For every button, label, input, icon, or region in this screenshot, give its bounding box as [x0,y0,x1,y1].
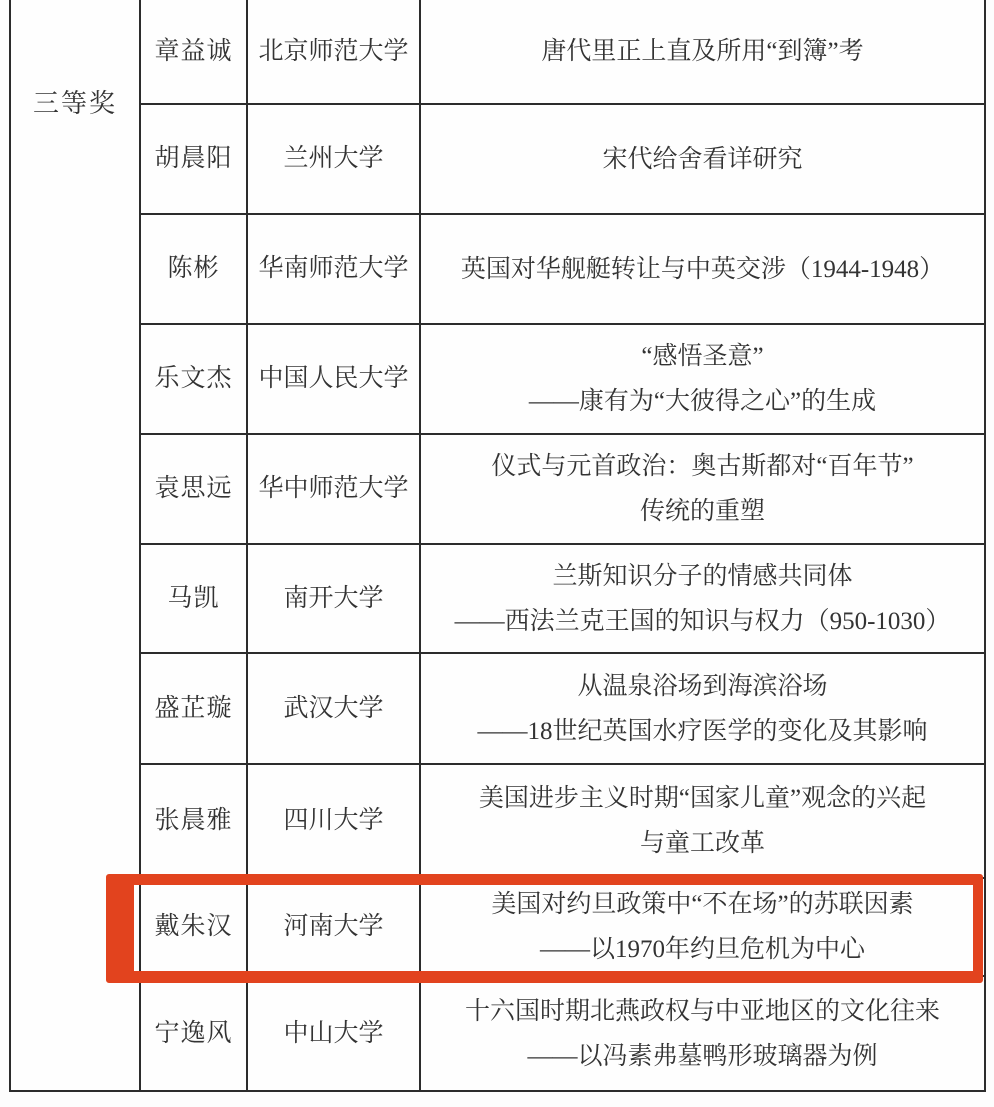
thesis-title-cell: 从温泉浴场到海滨浴场 ——18世纪英国水疗医学的变化及其影响 [419,652,984,763]
university-cell: 北京师范大学 [246,0,419,103]
winner-name: 宁逸风 [154,1017,232,1051]
thesis-title-line: 从温泉浴场到海滨浴场 [577,664,827,709]
university-cell: 华南师范大学 [246,213,419,323]
university-cell-highlighted: 河南大学 [246,877,419,975]
university-name: 中国人民大学 [258,362,408,396]
university-cell: 中国人民大学 [246,323,419,433]
winner-name: 章益诚 [154,35,232,69]
document-page: 三等奖 章益诚 北京师范大学 唐代里正上直及所用“到簿”考 胡晨阳 兰州大学 宋… [0,0,994,1107]
thesis-title-cell: 十六国时期北燕政权与中亚地区的文化往来 ——以冯素弗墓鸭形玻璃器为例 [419,975,984,1090]
university-name: 四川大学 [283,804,383,838]
thesis-title-line: ——以1970年约旦危机为中心 [540,927,865,972]
thesis-title-line: ——18世纪英国水疗医学的变化及其影响 [477,709,927,754]
winner-name: 胡晨阳 [154,142,232,176]
university-name: 兰州大学 [283,142,383,176]
name-cell: 宁逸风 [139,975,246,1090]
winner-name: 陈彬 [167,252,219,286]
university-cell: 武汉大学 [246,652,419,763]
thesis-title-cell-highlighted: 美国对约旦政策中“不在场”的苏联因素 ——以1970年约旦危机为中心 [419,877,984,975]
thesis-title-line: 美国进步主义时期“国家儿童”观念的兴起 [479,776,926,821]
thesis-title-line: 兰斯知识分子的情感共同体 [552,554,852,599]
thesis-title-line: 美国对约旦政策中“不在场”的苏联因素 [491,882,913,927]
name-cell: 张晨雅 [139,763,246,877]
thesis-title-cell: 唐代里正上直及所用“到簿”考 [419,0,984,103]
thesis-title-cell: 英国对华舰艇转让与中英交涉（1944-1948） [419,213,984,323]
thesis-title-line: ——康有为“大彼得之心”的生成 [529,379,876,424]
winner-name: 袁思远 [154,472,232,506]
thesis-title-line: 英国对华舰艇转让与中英交涉（1944-1948） [461,247,944,292]
thesis-title-line: ——以冯素弗墓鸭形玻璃器为例 [527,1034,877,1079]
thesis-title-line: 与童工改革 [640,821,765,866]
name-cell: 章益诚 [139,0,246,103]
thesis-title-line: 传统的重塑 [640,489,765,534]
university-cell: 四川大学 [246,763,419,877]
winner-name: 盛芷璇 [154,692,232,726]
university-cell: 南开大学 [246,543,419,652]
university-name: 中山大学 [283,1017,383,1051]
winner-name: 乐文杰 [154,362,232,396]
winner-name: 张晨雅 [154,804,232,838]
awards-table: 三等奖 章益诚 北京师范大学 唐代里正上直及所用“到簿”考 胡晨阳 兰州大学 宋… [9,0,986,1092]
university-name: 武汉大学 [283,692,383,726]
thesis-title-cell: 仪式与元首政治：奥古斯都对“百年节” 传统的重塑 [419,433,984,543]
thesis-title-line: 十六国时期北燕政权与中亚地区的文化往来 [465,989,940,1034]
university-cell: 华中师范大学 [246,433,419,543]
name-cell: 马凯 [139,543,246,652]
name-cell: 乐文杰 [139,323,246,433]
thesis-title-cell: “感悟圣意” ——康有为“大彼得之心”的生成 [419,323,984,433]
name-cell-highlighted: 戴朱汉 [139,877,246,975]
award-tier-label: 三等奖 [33,86,117,121]
university-name: 南开大学 [283,582,383,616]
thesis-title-cell: 宋代给舍看详研究 [419,103,984,213]
university-name: 华南师范大学 [258,252,408,286]
name-cell: 胡晨阳 [139,103,246,213]
name-cell: 盛芷璇 [139,652,246,763]
name-cell: 陈彬 [139,213,246,323]
thesis-title-cell: 美国进步主义时期“国家儿童”观念的兴起 与童工改革 [419,763,984,877]
thesis-title-line: 宋代给舍看详研究 [602,137,802,182]
university-cell: 兰州大学 [246,103,419,213]
university-name: 华中师范大学 [258,472,408,506]
thesis-title-cell: 兰斯知识分子的情感共同体 ——西法兰克王国的知识与权力（950-1030） [419,543,984,652]
thesis-title-line: 唐代里正上直及所用“到簿”考 [541,29,863,74]
name-cell: 袁思远 [139,433,246,543]
thesis-title-line: ——西法兰克王国的知识与权力（950-1030） [455,599,951,644]
university-name: 北京师范大学 [258,35,408,69]
thesis-title-line: 仪式与元首政治：奥古斯都对“百年节” [491,444,913,489]
winner-name: 马凯 [167,582,219,616]
university-cell: 中山大学 [246,975,419,1090]
thesis-title-line: “感悟圣意” [641,334,763,379]
winner-name: 戴朱汉 [154,910,232,944]
university-name: 河南大学 [283,910,383,944]
award-tier-cell: 三等奖 [11,0,139,1090]
